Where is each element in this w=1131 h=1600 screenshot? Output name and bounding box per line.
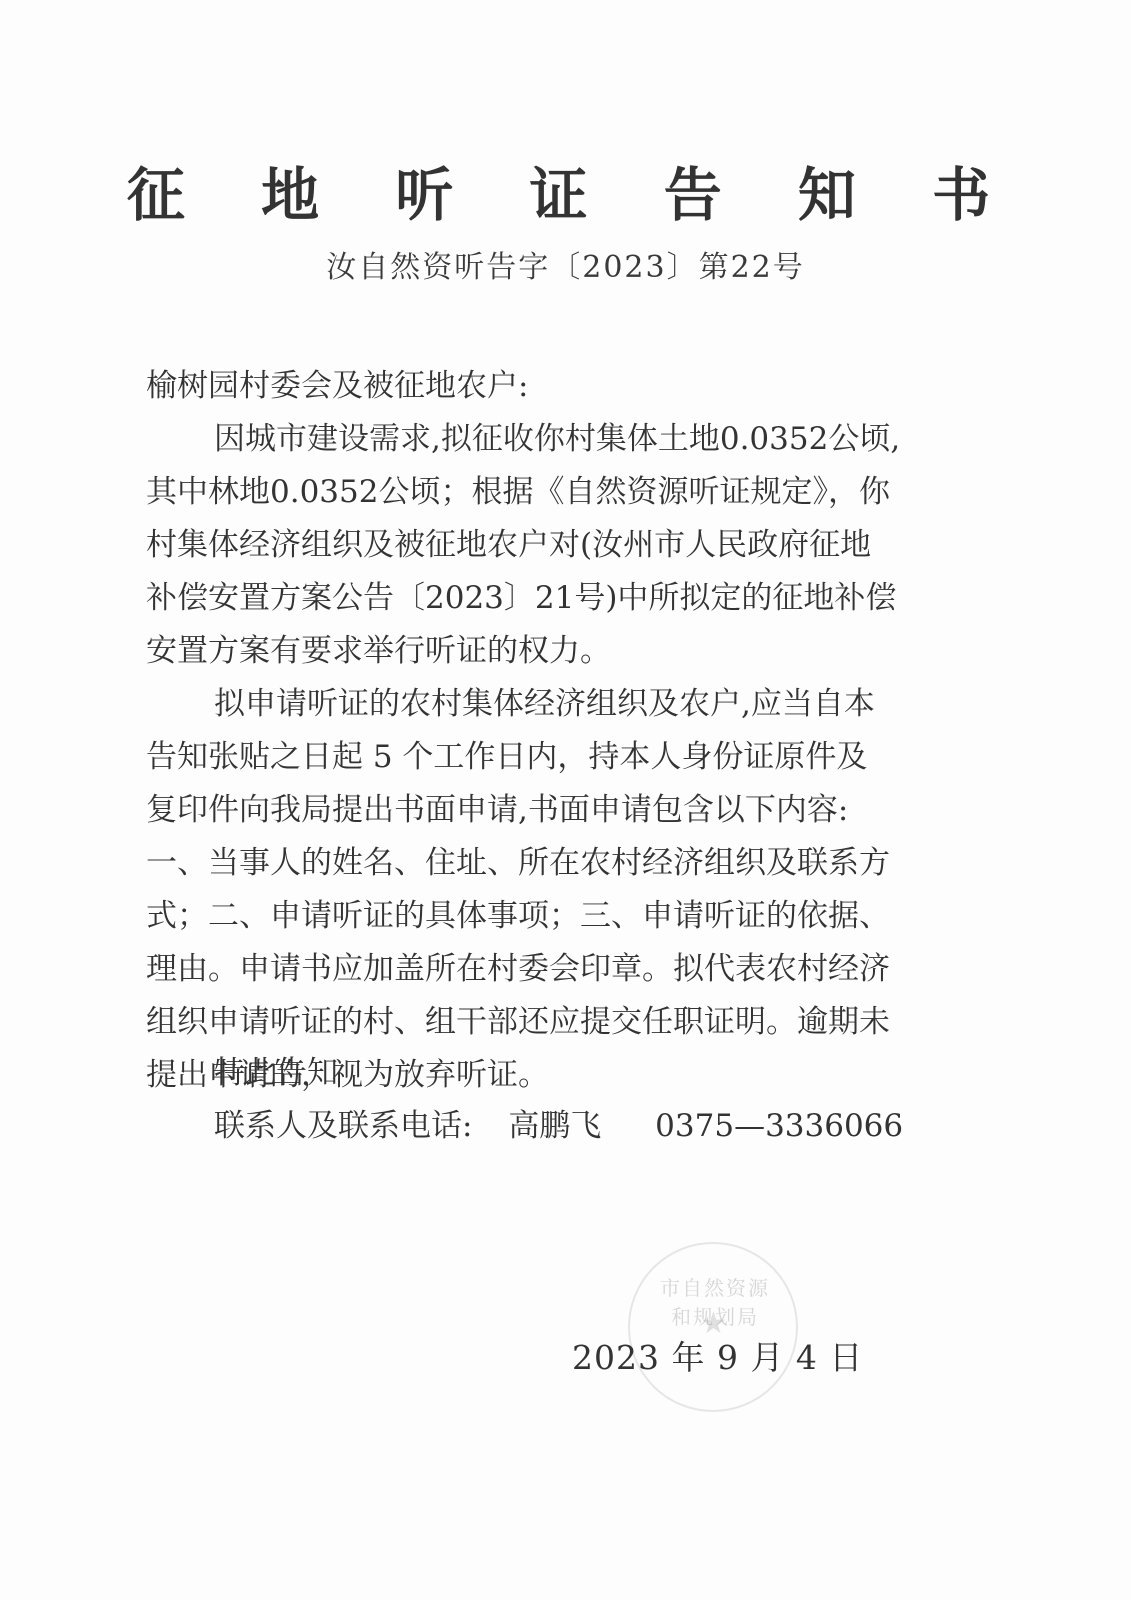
contact-label: 联系人及联系电话:: [214, 1108, 472, 1144]
closing-notice: 特此告知: [214, 1047, 338, 1100]
paragraph-2-line: 一、当事人的姓名、住址、所在农村经济组织及联系方: [146, 837, 956, 890]
contact-info: 联系人及联系电话: 高鹏飞 0375—3336066: [214, 1100, 903, 1153]
official-seal-stamp: 市自然资源和规划局 ★: [628, 1242, 798, 1412]
paragraph-2-line: 组织申请听证的村、组干部还应提交任职证明。逾期未: [146, 996, 956, 1049]
document-title: 征 地 听 证 告 知 书: [0, 160, 1131, 230]
paragraph-1-line: 因城市建设需求,拟征收你村集体土地0.0352公顷,: [146, 413, 956, 466]
salutation: 榆树园村委会及被征地农户:: [146, 360, 956, 413]
paragraph-2: 拟申请听证的农村集体经济组织及农户,应当自本 告知张贴之日起 5 个工作日内，持…: [146, 678, 956, 1102]
document-date: 2023 年 9 月 4 日: [572, 1336, 863, 1380]
paragraph-1-line: 补偿安置方案公告〔2023〕21号)中所拟定的征地补偿: [146, 572, 956, 625]
paragraph-1-line: 村集体经济组织及被征地农户对(汝州市人民政府征地: [146, 519, 956, 572]
paragraph-1-line: 安置方案有要求举行听证的权力。: [146, 625, 956, 678]
contact-name: 高鹏飞: [508, 1108, 601, 1144]
contact-phone: 0375—3336066: [655, 1108, 903, 1144]
paragraph-1: 因城市建设需求,拟征收你村集体土地0.0352公顷, 其中林地0.0352公顷；…: [146, 413, 956, 678]
document-body: 榆树园村委会及被征地农户: 因城市建设需求,拟征收你村集体土地0.0352公顷,…: [146, 360, 956, 1102]
document-number: 汝自然资听告字〔2023〕第22号: [0, 248, 1131, 288]
document-page: 征 地 听 证 告 知 书 汝自然资听告字〔2023〕第22号 榆树园村委会及被…: [0, 0, 1131, 1600]
paragraph-1-line: 其中林地0.0352公顷；根据《自然资源听证规定》，你: [146, 466, 956, 519]
paragraph-2-line: 拟申请听证的农村集体经济组织及农户,应当自本: [146, 678, 956, 731]
paragraph-2-line: 复印件向我局提出书面申请,书面申请包含以下内容:: [146, 784, 956, 837]
salutation-text: 榆树园村委会及被征地农户:: [146, 360, 956, 413]
paragraph-2-line: 告知张贴之日起 5 个工作日内，持本人身份证原件及: [146, 731, 956, 784]
paragraph-2-line: 式；二、申请听证的具体事项；三、申请听证的依据、: [146, 890, 956, 943]
paragraph-2-line: 理由。申请书应加盖所在村委会印章。拟代表农村经济: [146, 943, 956, 996]
